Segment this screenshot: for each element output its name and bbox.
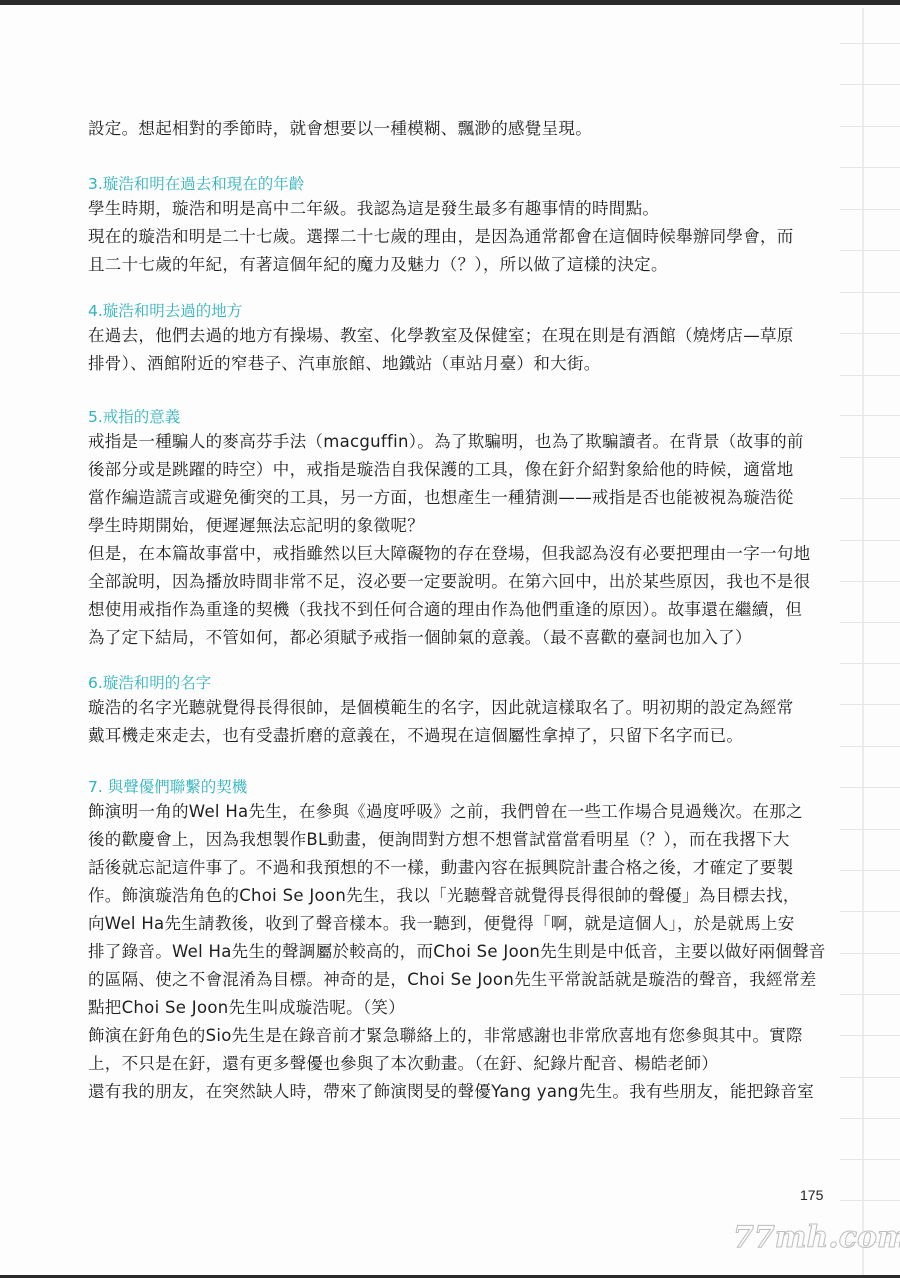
margin-rule — [840, 457, 900, 458]
section-heading: 5.戒指的意義 — [88, 406, 828, 428]
text-line: 還有我的朋友，在突然缺人時，帶來了飾演閔旻的聲優Yang yang先生。我有些朋… — [88, 1078, 828, 1106]
margin-rule — [840, 1159, 900, 1160]
watermark-logo: 77mh.com — [733, 1220, 900, 1255]
margin-rule — [840, 84, 900, 85]
text-line: 璇浩的名字光聽就覺得長得很帥，是個模範生的名字，因此就這樣取名了。明初期的設定為… — [88, 694, 828, 722]
margin-rule — [840, 126, 900, 127]
section-6: 6.璇浩和明的名字 璇浩的名字光聽就覺得長得很帥，是個模範生的名字，因此就這樣取… — [88, 672, 828, 750]
text-line: 在過去，他們去過的地方有操場、教室、化學教室及保健室；在現在則是有酒館（燒烤店—… — [88, 322, 828, 350]
margin-rule — [840, 292, 900, 293]
text-line: 排骨）、酒館附近的窄巷子、汽車旅館、地鐵站（車站月臺）和大街。 — [88, 350, 828, 378]
margin-rule — [840, 829, 900, 830]
margin-rule — [840, 415, 900, 416]
text-line: 為了定下結局，不管如何，都必須賦予戒指一個帥氣的意義。（最不喜歡的臺詞也加入了） — [88, 624, 828, 652]
text-line: 且二十七歲的年紀，有著這個年紀的魔力及魅力（？），所以做了這樣的決定。 — [88, 251, 828, 279]
margin-rule — [840, 746, 900, 747]
margin-rule — [840, 333, 900, 334]
text-line: 話後就忘記這件事了。不過和我預想的不一樣，動畫內容在振興院計畫合格之後，才確定了… — [88, 854, 828, 882]
margin-rule — [840, 250, 900, 251]
margin-rule — [840, 953, 900, 954]
margin-rule — [840, 540, 900, 541]
section-heading: 4.璇浩和明去過的地方 — [88, 300, 828, 322]
margin-vertical-rule — [862, 8, 864, 1275]
intro-paragraph: 設定。想起相對的季節時，就會想要以一種模糊、飄渺的感覺呈現。 — [88, 115, 828, 143]
section-7: 7. 與聲優們聯繫的契機 飾演明一角的Wel Ha先生，在參與《過度呼吸》之前，… — [88, 776, 828, 1106]
section-4: 4.璇浩和明去過的地方 在過去，他們去過的地方有操場、教室、化學教室及保健室；在… — [88, 300, 828, 378]
text-line: 後的歡慶會上，因為我想製作BL動畫，便詢問對方想不想嘗試當當看明星（？），而在我… — [88, 826, 828, 854]
margin-rule — [840, 581, 900, 582]
text-line: 學生時期，璇浩和明是高中二年級。我認為這是發生最多有趣事情的時間點。 — [88, 195, 828, 223]
margin-rule — [840, 704, 900, 705]
text-line: 的區隔、使之不會混淆為目標。神奇的是，Choi Se Joon先生平常說話就是璇… — [88, 966, 828, 994]
margin-rule — [840, 498, 900, 499]
margin-rule — [840, 787, 900, 788]
margin-rule — [840, 167, 900, 168]
margin-rule — [840, 1200, 900, 1201]
text-line: 作。飾演璇浩角色的Choi Se Joon先生，我以「光聽聲音就覺得長得很帥的聲… — [88, 882, 828, 910]
text-line: 點把Choi Se Joon先生叫成璇浩呢。（笑） — [88, 994, 828, 1022]
margin-rule — [840, 1077, 900, 1078]
section-3: 3.璇浩和明在過去和現在的年齡 學生時期，璇浩和明是高中二年級。我認為這是發生最… — [88, 173, 828, 279]
margin-rule — [840, 663, 900, 664]
text-line: 但是，在本篇故事當中，戒指雖然以巨大障礙物的存在登場，但我認為沒有必要把理由一字… — [88, 540, 828, 568]
text-line: 想使用戒指作為重逢的契機（我找不到任何合適的理由作為他們重逢的原因）。故事還在繼… — [88, 596, 828, 624]
margin-rule — [840, 911, 900, 912]
margin-rule — [840, 994, 900, 995]
text-line: 後部分或是跳躍的時空）中，戒指是璇浩自我保護的工具，像在釪介紹對象給他的時候，適… — [88, 456, 828, 484]
margin-rule — [840, 375, 900, 376]
margin-rule — [840, 43, 900, 44]
margin-rule — [840, 622, 900, 623]
page-number: 175 — [800, 1187, 823, 1203]
margin-rule — [840, 209, 900, 210]
text-line: 學生時期開始，便遲遲無法忘記明的象徵呢？ — [88, 512, 828, 540]
text-line: 排了錄音。Wel Ha先生的聲調屬於較高的，而Choi Se Joon先生則是中… — [88, 938, 828, 966]
text-line: 現在的璇浩和明是二十七歲。選擇二十七歲的理由，是因為通常都會在這個時候舉辦同學會… — [88, 223, 828, 251]
section-heading: 7. 與聲優們聯繫的契機 — [88, 776, 828, 798]
section-heading: 3.璇浩和明在過去和現在的年齡 — [88, 173, 828, 195]
text-line: 全部說明，因為播放時間非常不足，沒必要一定要說明。在第六回中，出於某些原因，我也… — [88, 568, 828, 596]
margin-rule — [840, 1118, 900, 1119]
section-5: 5.戒指的意義 戒指是一種騙人的麥高芬手法（macguffin）。為了欺騙明，也… — [88, 406, 828, 652]
margin-rule — [840, 1035, 900, 1036]
text-line: 飾演在釪角色的Sio先生是在錄音前才緊急聯絡上的，非常感謝也非常欣喜地有您參與其… — [88, 1022, 828, 1050]
top-frame-bar — [0, 0, 900, 5]
text-line: 戒指是一種騙人的麥高芬手法（macguffin）。為了欺騙明，也為了欺騙讀者。在… — [88, 428, 828, 456]
section-heading: 6.璇浩和明的名字 — [88, 672, 828, 694]
text-line: 飾演明一角的Wel Ha先生，在參與《過度呼吸》之前，我們曾在一些工作場合見過幾… — [88, 798, 828, 826]
text-line: 上，不只是在釪，還有更多聲優也參與了本次動畫。（在釪、紀錄片配音、楊皓老師） — [88, 1050, 828, 1078]
text-line: 向Wel Ha先生請教後，收到了聲音樣本。我一聽到，便覺得「啊，就是這個人」，於… — [88, 910, 828, 938]
text-line: 戴耳機走來走去，也有受盡折磨的意義在，不過現在這個屬性拿掉了，只留下名字而已。 — [88, 722, 828, 750]
margin-rule — [840, 870, 900, 871]
text-line: 設定。想起相對的季節時，就會想要以一種模糊、飄渺的感覺呈現。 — [88, 115, 828, 143]
text-line: 當作編造謊言或避免衝突的工具，另一方面，也想產生一種猜測——戒指是否也能被視為璇… — [88, 484, 828, 512]
